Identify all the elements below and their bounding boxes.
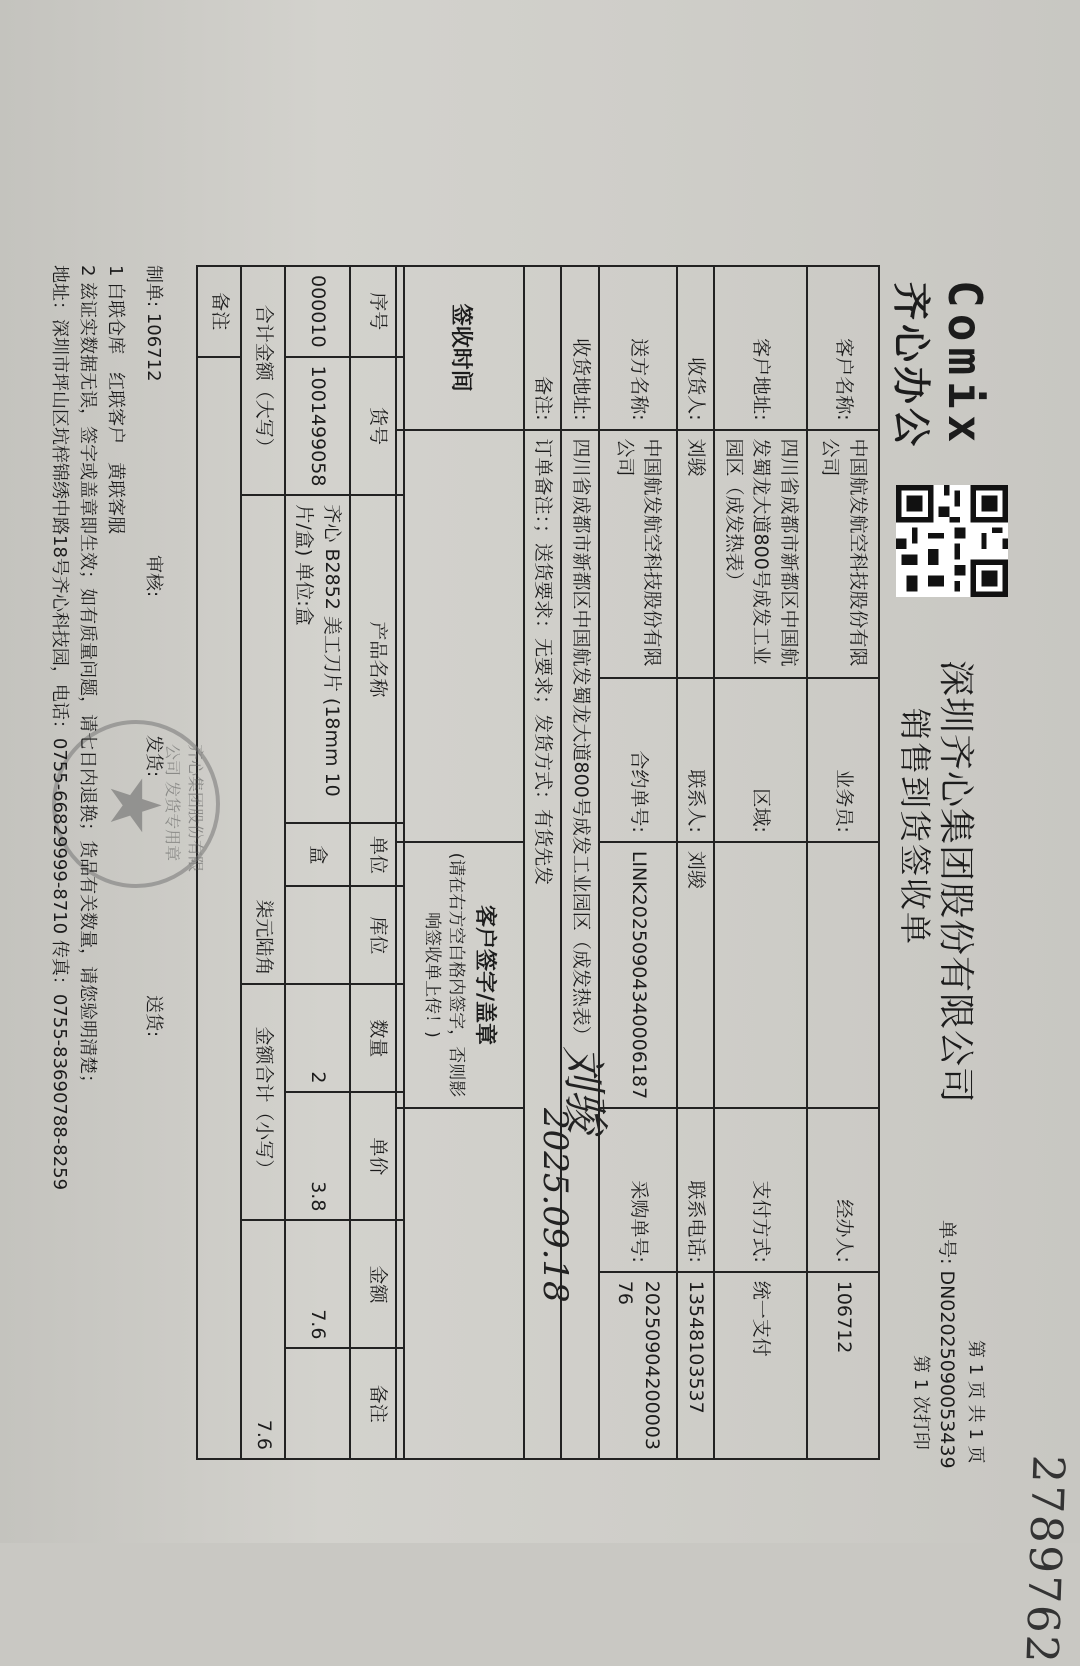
col-note: 备注: [350, 1348, 404, 1459]
region-label: 区域:: [714, 678, 807, 842]
shipping-address: 四川省成都市新都区中国航发蜀龙大道800号成发工业园区（成发热表）: [561, 430, 599, 1459]
item-unit-price: 3.8: [285, 1092, 350, 1220]
comix-logo-cn: 齐心办公: [887, 282, 942, 450]
customer-signature-label: 客户签字/盖章 (请在右方空白格内签字，否则影响签收单上传！): [396, 842, 524, 1108]
document-number-value: DN02025090053439: [936, 1270, 958, 1468]
handler-label: 经办人:: [807, 1108, 879, 1272]
sign-time-label: 签收时间: [396, 266, 524, 430]
order-info-table: 客户名称: 中国航发航空科技股份有限公司 业务员: 经办人: 106712 客户…: [395, 265, 880, 1460]
star-icon: ★: [94, 774, 176, 837]
col-location: 库位: [350, 886, 404, 984]
items-remark-label: 备注: [197, 266, 241, 357]
footer-address: 地址：深圳市坪山区坑梓锦绣中路18号齐心科技园，电话：0755-66829999…: [48, 265, 74, 1190]
handwritten-date: 2025.09.18: [535, 1108, 575, 1303]
item-note: [285, 1348, 350, 1459]
purchase-number-label: 采购单号:: [599, 1108, 677, 1272]
contact: 刘骏: [677, 842, 715, 1108]
payment-method: 统一支付: [714, 1272, 807, 1459]
page-info: 第 1 页 共 1 页: [964, 1340, 990, 1464]
shipping-address-label: 收货地址:: [561, 266, 599, 430]
contact-label: 联系人:: [677, 678, 715, 842]
customer-signature-hint: (请在右方空白格内签字，否则影响签收单上传！): [419, 851, 468, 1099]
shipper-label: 发货:: [142, 735, 168, 777]
payment-method-label: 支付方式:: [714, 1108, 807, 1272]
footer-note-2: 2 兹证实数据无误，签字或盖章即生效；如有质量问题，请七日内退换；货品有关数量，…: [76, 265, 102, 1092]
handler: 106712: [807, 1272, 879, 1459]
item-amount: 7.6: [285, 1220, 350, 1348]
phone: 13548103537: [677, 1272, 715, 1459]
col-unit: 单位: [350, 823, 404, 886]
total-upper-value: 柒元陆角: [241, 495, 285, 984]
item-sku: 1001499058: [285, 357, 350, 496]
item-quantity: 2: [285, 984, 350, 1092]
salesman-label: 业务员:: [807, 678, 879, 842]
customer-signature-box[interactable]: [396, 1108, 524, 1459]
items-remark: [197, 357, 241, 1459]
customer-address: 四川省成都市新都区中国航发蜀龙大道800号成发工业园区（成发热表）: [714, 430, 807, 679]
customer-signature-title: 客户签字/盖章: [468, 851, 500, 1099]
document-title: 销售到货签收单: [894, 708, 940, 946]
items-table: 序号 货号 产品名称 单位 库位 数量 单价 金额 备注 000010 1001…: [196, 265, 405, 1460]
maker: 106712: [143, 313, 164, 382]
receiver: 刘骏: [677, 430, 715, 679]
region: [714, 842, 807, 1108]
customer-name: 中国航发航空科技股份有限公司: [807, 430, 879, 679]
signoff-line: 制单: 106712 审核: 发货: 送货:: [142, 265, 168, 382]
qr-code-icon: [896, 485, 1008, 597]
total-upper-label: 合计金额（大写）: [241, 266, 285, 495]
item-location: [285, 886, 350, 984]
company-name: 深圳齐心集团股份有限公司: [933, 660, 984, 1104]
salesman: [807, 842, 879, 1108]
sender-name-label: 送方名称:: [599, 266, 677, 430]
col-seq: 序号: [350, 266, 404, 357]
remark: 订单备注：；送货要求：无要求；发货方式：有货先发: [524, 430, 562, 1459]
print-count: 第 1 次打印: [909, 1355, 935, 1450]
sign-time-box: [396, 430, 524, 842]
items-header-row: 序号 货号 产品名称 单位 库位 数量 单价 金额 备注: [350, 266, 404, 1459]
footer-note-1: 1 白联仓库 红联客户 黄联客服: [104, 265, 130, 534]
phone-label: 联系电话:: [677, 1108, 715, 1272]
document-number-label: 单号:: [936, 1220, 958, 1264]
col-amount: 金额: [350, 1220, 404, 1348]
item-unit: 盒: [285, 823, 350, 886]
purchase-number: 20250904200003 76: [599, 1272, 677, 1459]
item-product-name: 齐心 B2852 美工刀片 (18mm 10片/盒) 单位:盒: [285, 495, 350, 823]
total-row: 合计金额（大写） 柒元陆角 金额合计（小写） 7.6: [241, 266, 285, 1459]
customer-name-label: 客户名称:: [807, 266, 879, 430]
col-product-name: 产品名称: [350, 495, 404, 823]
customer-address-label: 客户地址:: [714, 266, 807, 430]
remark-label: 备注:: [524, 266, 562, 430]
col-sku: 货号: [350, 357, 404, 496]
contract-number-label: 合约单号:: [599, 678, 677, 842]
col-unit-price: 单价: [350, 1092, 404, 1220]
delivery-receipt-page: 2789762 Comix 齐心办公 深圳齐心集团股份有限公司 销售到货签收单 …: [0, 0, 1080, 1543]
total-lower-label: 金额合计（小写）: [241, 984, 285, 1220]
receiver-label: 收货人:: [677, 266, 715, 430]
item-seq: 000010: [285, 266, 350, 357]
total-lower-value: 7.6: [241, 1220, 285, 1459]
sender-name: 中国航发航空科技股份有限公司: [599, 430, 677, 679]
comix-logo: Comix: [938, 280, 992, 448]
col-quantity: 数量: [350, 984, 404, 1092]
reviewer-label: 审核:: [142, 555, 168, 597]
document-number: 单号: DN02025090053439: [935, 1220, 962, 1469]
deliverer-label: 送货:: [142, 995, 168, 1037]
handwritten-reference-number: 2789762: [1015, 1454, 1073, 1543]
maker-label: 制单:: [143, 265, 164, 307]
table-row: 000010 1001499058 齐心 B2852 美工刀片 (18mm 10…: [285, 266, 350, 1459]
